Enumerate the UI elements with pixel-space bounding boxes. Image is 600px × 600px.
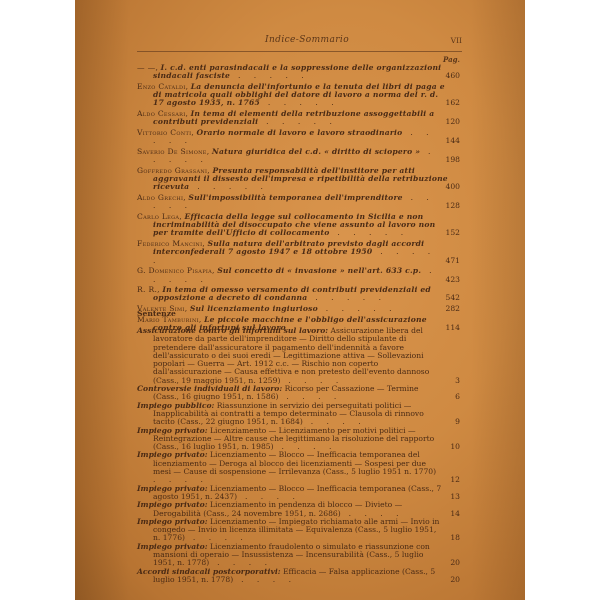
- index-entry: Aldo Grechi, Sull'impossibilità temporan…: [137, 194, 462, 211]
- leader-dots: . . . . .: [260, 98, 339, 107]
- header-rule: [137, 51, 462, 52]
- index-entry: Enzo Cataldi, La denuncia dell'infortuni…: [137, 83, 462, 108]
- entry-page: 423: [446, 276, 461, 284]
- entry-page: 128: [446, 202, 461, 210]
- sentence-text: Impiego privato: Licenziamento — Impiega…: [137, 518, 443, 543]
- running-header: Indice-Sommario VII: [137, 36, 462, 46]
- entry-page: 460: [446, 72, 461, 80]
- book-page: Indice-Sommario VII Pag. — —, I. c.d. en…: [75, 0, 525, 600]
- sentence-text: Impiego privato: Licenziamento — Licenzi…: [137, 427, 443, 452]
- sentence-text: Impiego privato: Licenziamento — Blocco …: [137, 451, 443, 484]
- entry-text: Carlo Lega, Efficacia della legge sul co…: [137, 213, 448, 238]
- index-entry: R. R., In tema di omesso versamento di c…: [137, 286, 462, 303]
- sentence-page: 6: [455, 393, 460, 401]
- entry-page: 120: [446, 118, 461, 126]
- entry-text: R. R., In tema di omesso versamento di c…: [137, 286, 448, 303]
- sentences-list: Assicurazione contro gli infortuni sul l…: [137, 327, 462, 584]
- sentence-page: 10: [450, 443, 460, 451]
- entry-title: In tema di omesso versamento di contribu…: [153, 285, 431, 302]
- leader-dots: . . . . .: [329, 228, 408, 237]
- entry-title: Sull'impossibilità temporanea dell'impre…: [188, 193, 402, 202]
- sentence-entry: Assicurazione contro gli infortuni sul l…: [137, 327, 462, 385]
- entry-page: 144: [446, 137, 461, 145]
- leader-dots: . . . .: [233, 575, 296, 584]
- sentence-text: Impiego privato: Licenziamento in penden…: [137, 501, 443, 518]
- entry-text: Vittorio Conti, Orario normale di lavoro…: [137, 129, 448, 146]
- sentence-text: Impiego privato: Licenziamento fraudolen…: [137, 543, 443, 568]
- sentence-page: 20: [450, 559, 460, 567]
- entry-text: Aldo Grechi, Sull'impossibilità temporan…: [137, 194, 448, 211]
- entry-text: Goffredo Grassani, Presunta responsabili…: [137, 167, 448, 192]
- sentence-entry: Impiego privato: Licenziamento fraudolen…: [137, 543, 462, 568]
- leader-dots: . . . . .: [189, 182, 268, 191]
- sentence-text: Controversie individuali di lavoro: Rico…: [137, 385, 443, 402]
- entry-title: Sul licenziamento ingiurioso: [190, 304, 318, 313]
- sentence-page: 9: [455, 418, 460, 426]
- sentence-entry: Accordi sindacali postcorporativi: Effic…: [137, 568, 462, 585]
- entry-title: Natura giuridica del c.d. « diritto di s…: [212, 147, 420, 156]
- section-title: Sentenze: [137, 310, 176, 318]
- sentence-page: 14: [450, 510, 460, 518]
- entry-page: 198: [446, 156, 461, 164]
- sentence-entry: Impiego privato: Licenziamento — Blocco …: [137, 485, 462, 502]
- sentence-page: 13: [450, 493, 460, 501]
- sentence-text: Impiego privato: Licenziamento — Blocco …: [137, 485, 443, 502]
- sentence-page: 18: [450, 534, 460, 542]
- sentence-text: Impiego pubblico: Riassunzione in serviz…: [137, 402, 443, 427]
- entry-page: 471: [446, 257, 461, 265]
- index-entry: Federico Mancini, Sulla natura dell'arbi…: [137, 240, 462, 265]
- entry-text: Enzo Cataldi, La denuncia dell'infortuni…: [137, 83, 448, 108]
- sentence-text: Accordi sindacali postcorporativi: Effic…: [137, 568, 443, 585]
- sentence-page: 3: [455, 377, 460, 385]
- entry-page: 400: [446, 183, 461, 191]
- entry-title: Sul concetto di « invasione » nell'art. …: [217, 266, 421, 275]
- entry-title: Orario normale di lavoro e lavoro straod…: [197, 128, 403, 137]
- entry-text: Saverio De Simone, Natura giuridica del …: [137, 148, 448, 165]
- leader-dots: . . . . .: [307, 293, 386, 302]
- leader-dots: . . . . .: [318, 304, 397, 313]
- entry-text: — —, I. c.d. enti parasindacali e la sop…: [137, 64, 448, 81]
- entry-page: 162: [446, 99, 461, 107]
- leader-dots: . . . . .: [230, 71, 309, 80]
- entry-page: 282: [446, 305, 461, 313]
- sentence-entry: Impiego privato: Licenziamento — Licenzi…: [137, 427, 462, 452]
- index-entry: Vittorio Conti, Orario normale di lavoro…: [137, 129, 462, 146]
- entry-page: 542: [446, 294, 461, 302]
- leader-dots: . . . . .: [258, 117, 337, 126]
- sentence-entry: Impiego privato: Licenziamento in penden…: [137, 501, 462, 518]
- index-entry: — —, I. c.d. enti parasindacali e la sop…: [137, 64, 462, 81]
- entry-page: 152: [446, 229, 461, 237]
- entry-text: G. Domenico Pisapia, Sul concetto di « i…: [137, 267, 448, 284]
- sentence-entry: Impiego privato: Licenziamento — Blocco …: [137, 451, 462, 484]
- sentence-page: 20: [450, 576, 460, 584]
- entry-text: Federico Mancini, Sulla natura dell'arbi…: [137, 240, 448, 265]
- entry-text: Aldo Cessari, In tema di elementi della …: [137, 110, 448, 127]
- index-entry: Saverio De Simone, Natura giuridica del …: [137, 148, 462, 165]
- sentence-page: 12: [450, 476, 460, 484]
- sentence-text: Assicurazione contro gli infortuni sul l…: [137, 327, 443, 385]
- index-entry: Goffredo Grassani, Presunta responsabili…: [137, 167, 462, 192]
- sentence-entry: Impiego pubblico: Riassunzione in serviz…: [137, 402, 462, 427]
- articles-list: — —, I. c.d. enti parasindacali e la sop…: [137, 64, 462, 334]
- sentence-entry: Controversie individuali di lavoro: Rico…: [137, 385, 462, 402]
- index-entry: Valente Simi, Sul licenziamento ingiurio…: [137, 305, 462, 313]
- index-entry: Aldo Cessari, In tema di elementi della …: [137, 110, 462, 127]
- header-title: Indice-Sommario: [265, 36, 349, 44]
- index-entry: Carlo Lega, Efficacia della legge sul co…: [137, 213, 462, 238]
- entry-text: Valente Simi, Sul licenziamento ingiurio…: [137, 305, 448, 313]
- index-entry: G. Domenico Pisapia, Sul concetto di « i…: [137, 267, 462, 284]
- header-page-number: VII: [451, 37, 462, 45]
- sentence-entry: Impiego privato: Licenziamento — Impiega…: [137, 518, 462, 543]
